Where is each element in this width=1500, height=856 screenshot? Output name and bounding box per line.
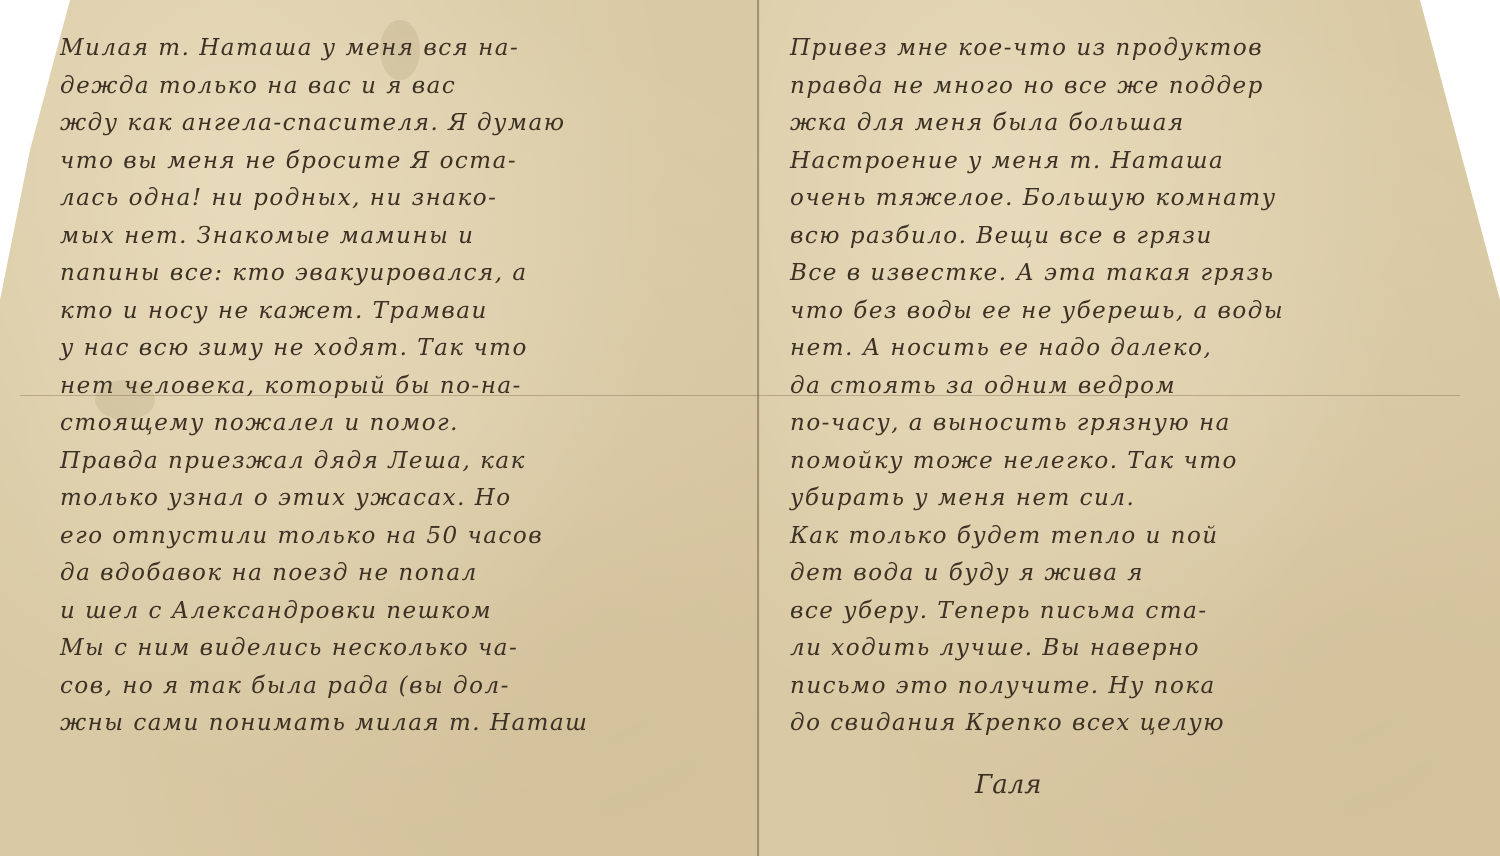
text-line: папины все: кто эвакуировался, а [60,255,750,293]
text-line: Мы с ним виделись несколько ча- [60,630,750,668]
text-line: да стоять за одним ведром [790,368,1430,406]
text-line: нет. А носить ее надо далеко, [790,330,1430,368]
text-line: дежда только на вас и я вас [60,68,750,106]
text-line: да вдобавок на поезд не попал [60,555,750,593]
text-line: дет вода и буду я жива я [790,555,1430,593]
text-line: кто и носу не кажет. Трамваи [60,293,750,331]
text-line: что вы меня не бросите Я оста- [60,143,750,181]
text-line: нет человека, который бы по-на- [60,368,750,406]
text-line: убирать у меня нет сил. [790,480,1430,518]
text-line: его отпустили только на 50 часов [60,518,750,556]
text-line: все уберу. Теперь письма ста- [790,593,1430,631]
text-line: ли ходить лучше. Вы наверно [790,630,1430,668]
text-line: стоящему пожалел и помог. [60,405,750,443]
text-line: только узнал о этих ужасах. Но [60,480,750,518]
text-line: письмо это получите. Ну пока [790,668,1430,706]
letter-sheet: Милая т. Наташа у меня вся на- дежда тол… [0,0,1500,856]
text-line: Все в известке. А эта такая грязь [790,255,1430,293]
text-line: и шел с Александровки пешком [60,593,750,631]
vertical-fold-line [757,0,759,856]
text-line: по-часу, а выносить грязную на [790,405,1430,443]
text-line: что без воды ее не уберешь, а воды [790,293,1430,331]
text-line: Правда приезжал дядя Леша, как [60,443,750,481]
text-line: правда не много но все же поддер [790,68,1430,106]
text-line: жка для меня была большая [790,105,1430,143]
text-line: жны сами понимать милая т. Наташ [60,705,750,743]
text-line: мых нет. Знакомые мамины и [60,218,750,256]
signature: Галя [975,770,1042,800]
text-line: жду как ангела-спасителя. Я думаю [60,105,750,143]
left-page-text: Милая т. Наташа у меня вся на- дежда тол… [60,30,750,743]
text-line: помойку тоже нелегко. Так что [790,443,1430,481]
text-line: лась одна! ни родных, ни знако- [60,180,750,218]
text-line: до свидания Крепко всех целую [790,705,1430,743]
text-line: Настроение у меня т. Наташа [790,143,1430,181]
text-line: сов, но я так была рада (вы дол- [60,668,750,706]
text-line: у нас всю зиму не ходят. Так что [60,330,750,368]
text-line: Как только будет тепло и пой [790,518,1430,556]
text-line: всю разбило. Вещи все в грязи [790,218,1430,256]
text-line: Привез мне кое-что из продуктов [790,30,1430,68]
right-page-text: Привез мне кое-что из продуктов правда н… [790,30,1430,743]
text-line: Милая т. Наташа у меня вся на- [60,30,750,68]
text-line: очень тяжелое. Большую комнату [790,180,1430,218]
